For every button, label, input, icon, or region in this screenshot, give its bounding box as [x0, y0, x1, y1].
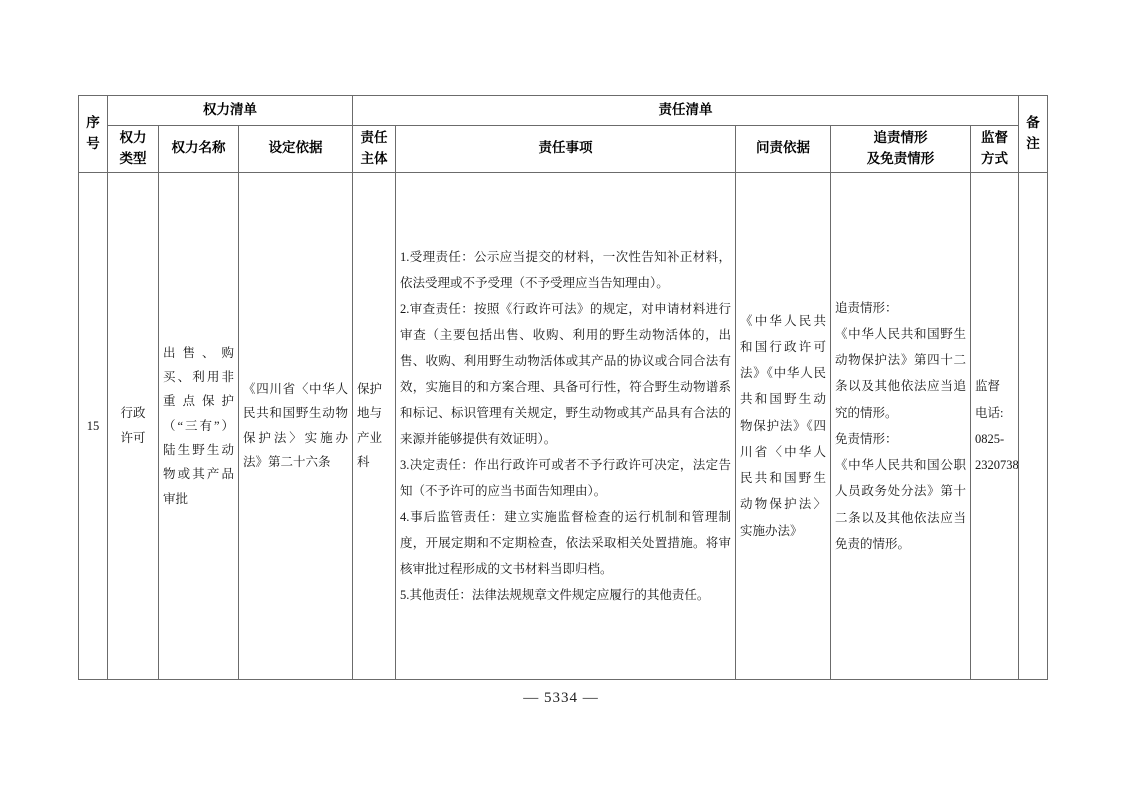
header-duty-items: 责任事项 [396, 126, 736, 173]
header-supervision-mode: 监督 方式 [971, 126, 1019, 173]
header-power-name: 权力名称 [159, 126, 239, 173]
cell-remarks [1019, 172, 1048, 679]
table-row: 15 行政 许可 出售、购买、利用非重点保护（“三有”）陆生野生动物或其产品审批… [79, 172, 1048, 679]
header-row-columns: 权力 类型 权力名称 设定依据 责任 主体 责任事项 问责依据 追责情形 及免责… [79, 126, 1048, 173]
power-duty-table: 序 号 权力清单 责任清单 备 注 权力 类型 权力名称 设定依据 责任 主体 … [78, 95, 1048, 680]
header-row-groups: 序 号 权力清单 责任清单 备 注 [79, 96, 1048, 126]
cell-power-name: 出售、购买、利用非重点保护（“三有”）陆生野生动物或其产品审批 [159, 172, 239, 679]
header-remarks: 备 注 [1019, 96, 1048, 173]
supervision-phone-part-2: 2320738 [975, 452, 1014, 478]
duty-item-5: 5.其他责任：法律法规规章文件规定应履行的其他责任。 [400, 582, 731, 608]
cell-pursuit-exemption: 追责情形： 《中华人民共和国野生动物保护法》第四十二条以及其他依法应当追究的情形… [831, 172, 971, 679]
cell-supervision-mode: 监督 电话: 0825- 2320738 [971, 172, 1019, 679]
document-page: 序 号 权力清单 责任清单 备 注 权力 类型 权力名称 设定依据 责任 主体 … [0, 0, 1122, 793]
cell-serial-number: 15 [79, 172, 108, 679]
cell-duty-subject: 保护地与产业科 [353, 172, 396, 679]
header-duty-subject: 责任 主体 [353, 126, 396, 173]
header-power-type: 权力 类型 [108, 126, 159, 173]
cell-power-type: 行政 许可 [108, 172, 159, 679]
exemption-text: 《中华人民共和国公职人员政务处分法》第十二条以及其他依法应当免责的情形。 [835, 452, 966, 557]
header-pursuit-exemption: 追责情形 及免责情形 [831, 126, 971, 173]
supervision-phone-part-1: 0825- [975, 426, 1014, 452]
duty-item-1: 1.受理责任：公示应当提交的材料，一次性告知补正材料，依法受理或不予受理（不予受… [400, 244, 731, 296]
header-serial: 序 号 [79, 96, 108, 173]
page-number: — 5334 — [0, 690, 1122, 707]
cell-accountability-basis: 《中华人民共和国行政许可法》《中华人民共和国野生动物保护法》《四川省〈中华人民共… [736, 172, 831, 679]
duty-item-4: 4.事后监管责任：建立实施监督检查的运行机制和管理制度，开展定期和不定期检查，依… [400, 504, 731, 582]
cell-duty-items: 1.受理责任：公示应当提交的材料，一次性告知补正材料，依法受理或不予受理（不予受… [396, 172, 736, 679]
header-duty-list-group: 责任清单 [353, 96, 1019, 126]
header-accountability-basis: 问责依据 [736, 126, 831, 173]
supervision-line-2: 电话: [975, 400, 1014, 426]
pursuit-text: 《中华人民共和国野生动物保护法》第四十二条以及其他依法应当追究的情形。 [835, 321, 966, 426]
duty-item-2: 2.审查责任：按照《行政许可法》的规定，对申请材料进行审查（主要包括出售、收购、… [400, 296, 731, 452]
pursuit-label: 追责情形： [835, 295, 966, 321]
header-setting-basis: 设定依据 [239, 126, 353, 173]
header-power-list-group: 权力清单 [108, 96, 353, 126]
cell-setting-basis: 《四川省〈中华人民共和国野生动物保护法〉实施办法》第二十六条 [239, 172, 353, 679]
exemption-label: 免责情形： [835, 426, 966, 452]
duty-item-3: 3.决定责任：作出行政许可或者不予行政许可决定，法定告知（不予许可的应当书面告知… [400, 452, 731, 504]
supervision-line-1: 监督 [975, 373, 1014, 399]
